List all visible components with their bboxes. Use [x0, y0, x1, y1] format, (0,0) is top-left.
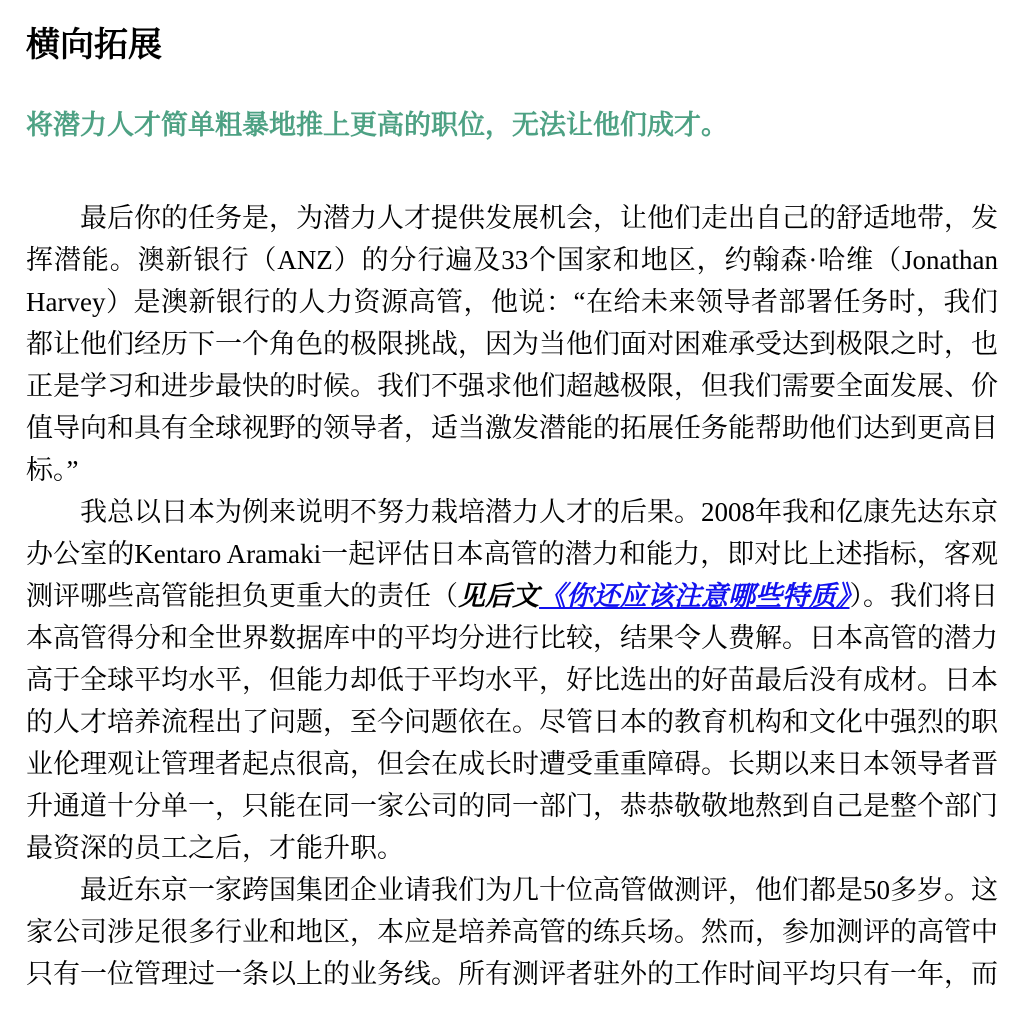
paragraph-3: 最近东京一家跨国集团企业请我们为几十位高管做测评，他们都是50多岁。这家公司涉足…	[26, 869, 998, 995]
chapter-cross-reference-link[interactable]: 《你还应该注意哪些特质》	[539, 581, 850, 611]
paragraph-1-text: 最后你的任务是，为潜力人才提供发展机会，让他们走出自己的舒适地带，发挥潜能。澳新…	[26, 203, 998, 485]
page-title: 横向拓展	[26, 26, 998, 65]
article-body: 最后你的任务是，为潜力人才提供发展机会，让他们走出自己的舒适地带，发挥潜能。澳新…	[26, 197, 998, 995]
paragraph-2-text-b: ）。我们将日本高管得分和全世界数据库中的平均分进行比较，结果令人费解。日本高管的…	[26, 581, 998, 863]
paragraph-3-text: 最近东京一家跨国集团企业请我们为几十位高管做测评，他们都是50多岁。这家公司涉足…	[26, 875, 998, 989]
paragraph-2: 我总以日本为例来说明不努力栽培潜力人才的后果。2008年我和亿康先达东京办公室的…	[26, 491, 998, 869]
document-page: 横向拓展 将潜力人才简单粗暴地推上更高的职位，无法让他们成才。 最后你的任务是，…	[0, 0, 1024, 1019]
see-below-note: 见后文	[458, 581, 539, 611]
page-subtitle: 将潜力人才简单粗暴地推上更高的职位，无法让他们成才。	[26, 109, 998, 141]
paragraph-1: 最后你的任务是，为潜力人才提供发展机会，让他们走出自己的舒适地带，发挥潜能。澳新…	[26, 197, 998, 491]
